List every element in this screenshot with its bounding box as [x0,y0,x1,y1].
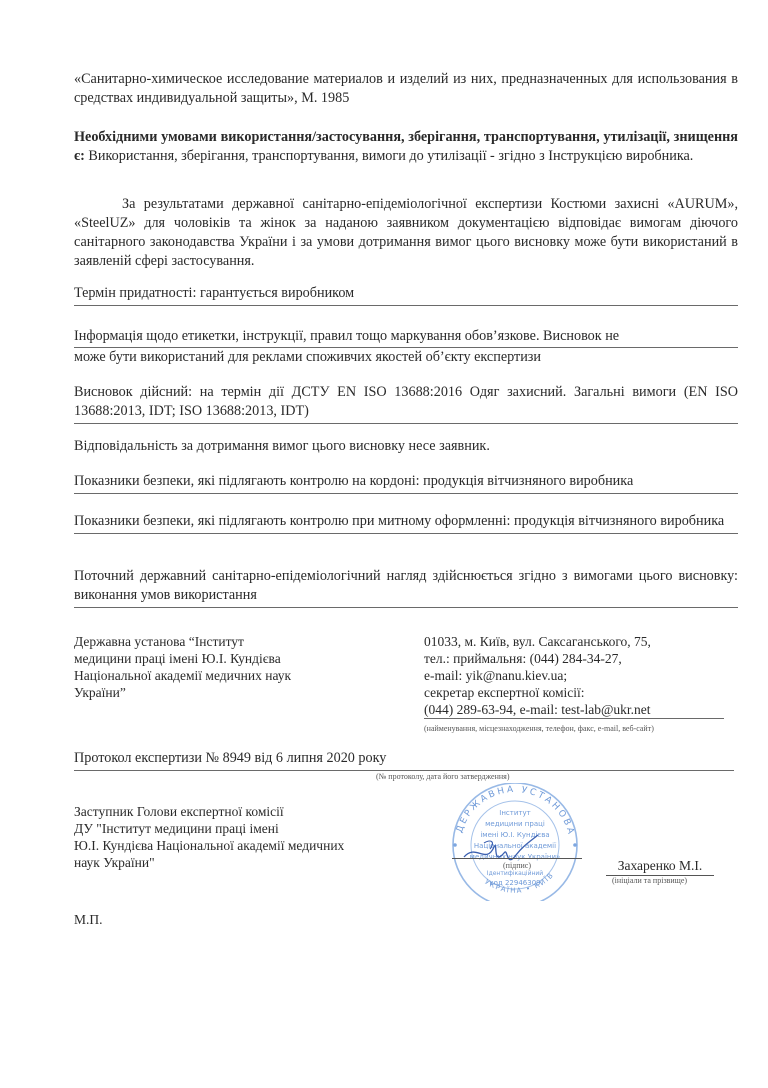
seal-place-label: М.П. [74,911,103,928]
signatory-name: Захаренко М.І. [606,858,714,876]
protocol-caption: (№ протоколу, дата його затвердження) [376,772,509,781]
svg-text:імені Ю.І. Кундієва: імені Ю.І. Кундієва [480,831,549,839]
contact-address: 01033, м. Київ, вул. Саксаганського, 75, [424,633,738,650]
svg-text:Ідентифікаційний: Ідентифікаційний [487,870,543,877]
institution-contacts: 01033, м. Київ, вул. Саксаганського, 75,… [424,633,738,737]
official-stamp: ДЕРЖАВНА УСТАНОВА УКРАЇНА • КИЇВ Інститу… [446,783,584,901]
signatory-title-line: наук України" [74,854,414,871]
svg-text:Національної академії: Національної академії [474,842,556,850]
signatory-title-line: Ю.І. Кундієва Національної академії меди… [74,837,414,854]
signatory-name-caption: (ініціали та прізвище) [612,876,687,885]
institution-name-line: України” [74,684,394,701]
signature-line [452,858,582,859]
contact-phone: тел.: приймальня: (044) 284-34-27, [424,650,738,667]
contact-secretary-label: секретар експертної комісії: [424,684,738,701]
institution-name-line: медицини праці імені Ю.І. Кундієва [74,650,394,667]
svg-text:медицини праці: медицини праці [485,820,545,828]
supervision-field: Поточний державний санітарно-епідеміолог… [74,567,738,608]
labeling-line-2: може бути використаний для реклами спожи… [74,348,738,367]
reference-paragraph: «Санитарно-химическое исследование матер… [74,70,738,108]
svg-text:Інститут: Інститут [499,809,530,817]
signatory-title-line: Заступник Голови експертної комісії [74,803,414,820]
institution-name-line: Державна установа “Інститут [74,633,394,650]
conditions-paragraph: Необхідними умовами використання/застосу… [74,128,738,166]
contact-caption: (найменування, місцезнаходження, телефон… [424,720,738,737]
border-control-field: Показники безпеки, які підлягають контро… [74,472,738,494]
signature-caption: (підпис) [503,861,531,870]
institution-name: Державна установа “Інститут медицини пра… [74,633,394,701]
responsibility-field: Відповідальність за дотримання вимог цьо… [74,437,738,456]
contact-email[interactable]: e-mail: yik@nanu.kiev.ua; [424,667,738,684]
svg-text:код 22946309: код 22946309 [489,879,540,887]
shelf-life-field: Термін придатності: гарантується виробни… [74,284,738,306]
labeling-line-1: Інформація щодо етикетки, інструкції, пр… [74,327,738,348]
validity-field: Висновок дійсний: на термін дії ДСТУ EN … [74,383,738,424]
protocol-field: Протокол експертизи № 8949 від 6 липня 2… [74,749,734,771]
signatory-title: Заступник Голови експертної комісії ДУ "… [74,803,414,871]
signatory-title-line: ДУ "Інститут медицини праці імені [74,820,414,837]
stamp-icon: ДЕРЖАВНА УСТАНОВА УКРАЇНА • КИЇВ Інститу… [446,783,584,901]
contact-secretary: (044) 289-63-94, e-mail: test-lab@ukr.ne… [424,701,724,719]
customs-control-field: Показники безпеки, які підлягають контро… [74,512,738,534]
institution-name-line: Національної академії медичних наук [74,667,394,684]
conditions-text: Використання, зберігання, транспортуванн… [85,148,694,164]
conclusion-paragraph: За результатами державної санітарно-епід… [74,195,738,271]
